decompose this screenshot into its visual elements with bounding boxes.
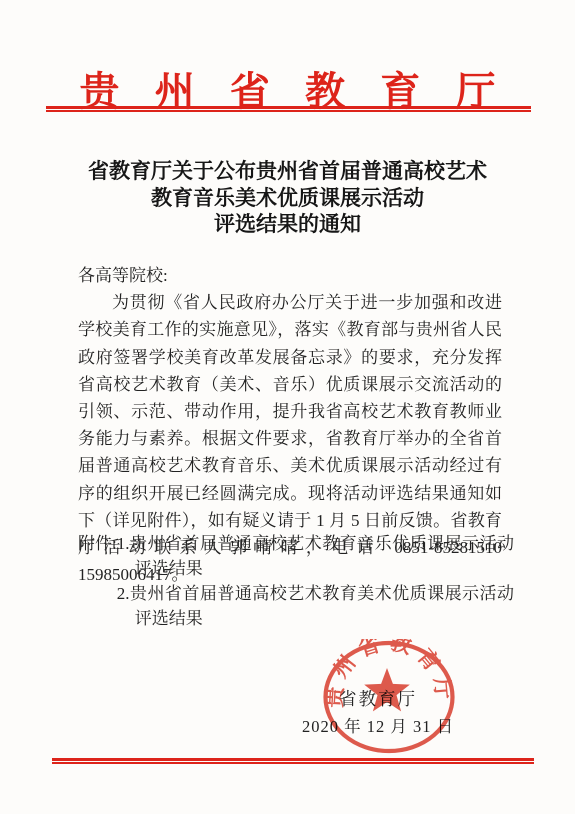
- signature-issuer: 省教育厅: [293, 685, 463, 713]
- footer-rule: [52, 758, 534, 764]
- document-title-line-1: 省教育厅关于公布贵州省首届普通高校艺术: [0, 158, 575, 185]
- attachment-number: 1.: [117, 534, 130, 553]
- attachments-list: 1.贵州省首届普通高校艺术教育音乐优质课展示活动评选结果 2.贵州省首届普通高校…: [117, 531, 514, 631]
- document-title-line-3: 评选结果的通知: [0, 211, 575, 238]
- document-title: 省教育厅关于公布贵州省首届普通高校艺术 教育音乐美术优质课展示活动 评选结果的通…: [0, 158, 575, 238]
- attachment-item: 2.贵州省首届普通高校艺术教育美术优质课展示活动评选结果: [117, 581, 514, 631]
- attachment-number: 2.: [117, 584, 130, 603]
- salutation: 各高等院校:: [78, 262, 502, 289]
- letterhead-divider-rule: [46, 106, 531, 112]
- document-title-line-2: 教育音乐美术优质课展示活动: [0, 185, 575, 212]
- signature-block: 省教育厅 2020 年 12 月 31 日: [293, 685, 463, 741]
- attachments-section: 附件: 1.贵州省首届普通高校艺术教育音乐优质课展示活动评选结果 2.贵州省首届…: [78, 531, 514, 631]
- signature-date: 2020 年 12 月 31 日: [293, 713, 463, 741]
- attachment-item: 1.贵州省首届普通高校艺术教育音乐优质课展示活动评选结果: [117, 531, 514, 581]
- attachments-label: 附件:: [78, 531, 117, 556]
- attachment-text: 贵州省首届普通高校艺术教育音乐优质课展示活动评选结果: [129, 534, 514, 578]
- attachment-text: 贵州省首届普通高校艺术教育美术优质课展示活动评选结果: [129, 584, 514, 628]
- document-page: 贵州省教育厅 省教育厅关于公布贵州省首届普通高校艺术 教育音乐美术优质课展示活动…: [0, 0, 575, 814]
